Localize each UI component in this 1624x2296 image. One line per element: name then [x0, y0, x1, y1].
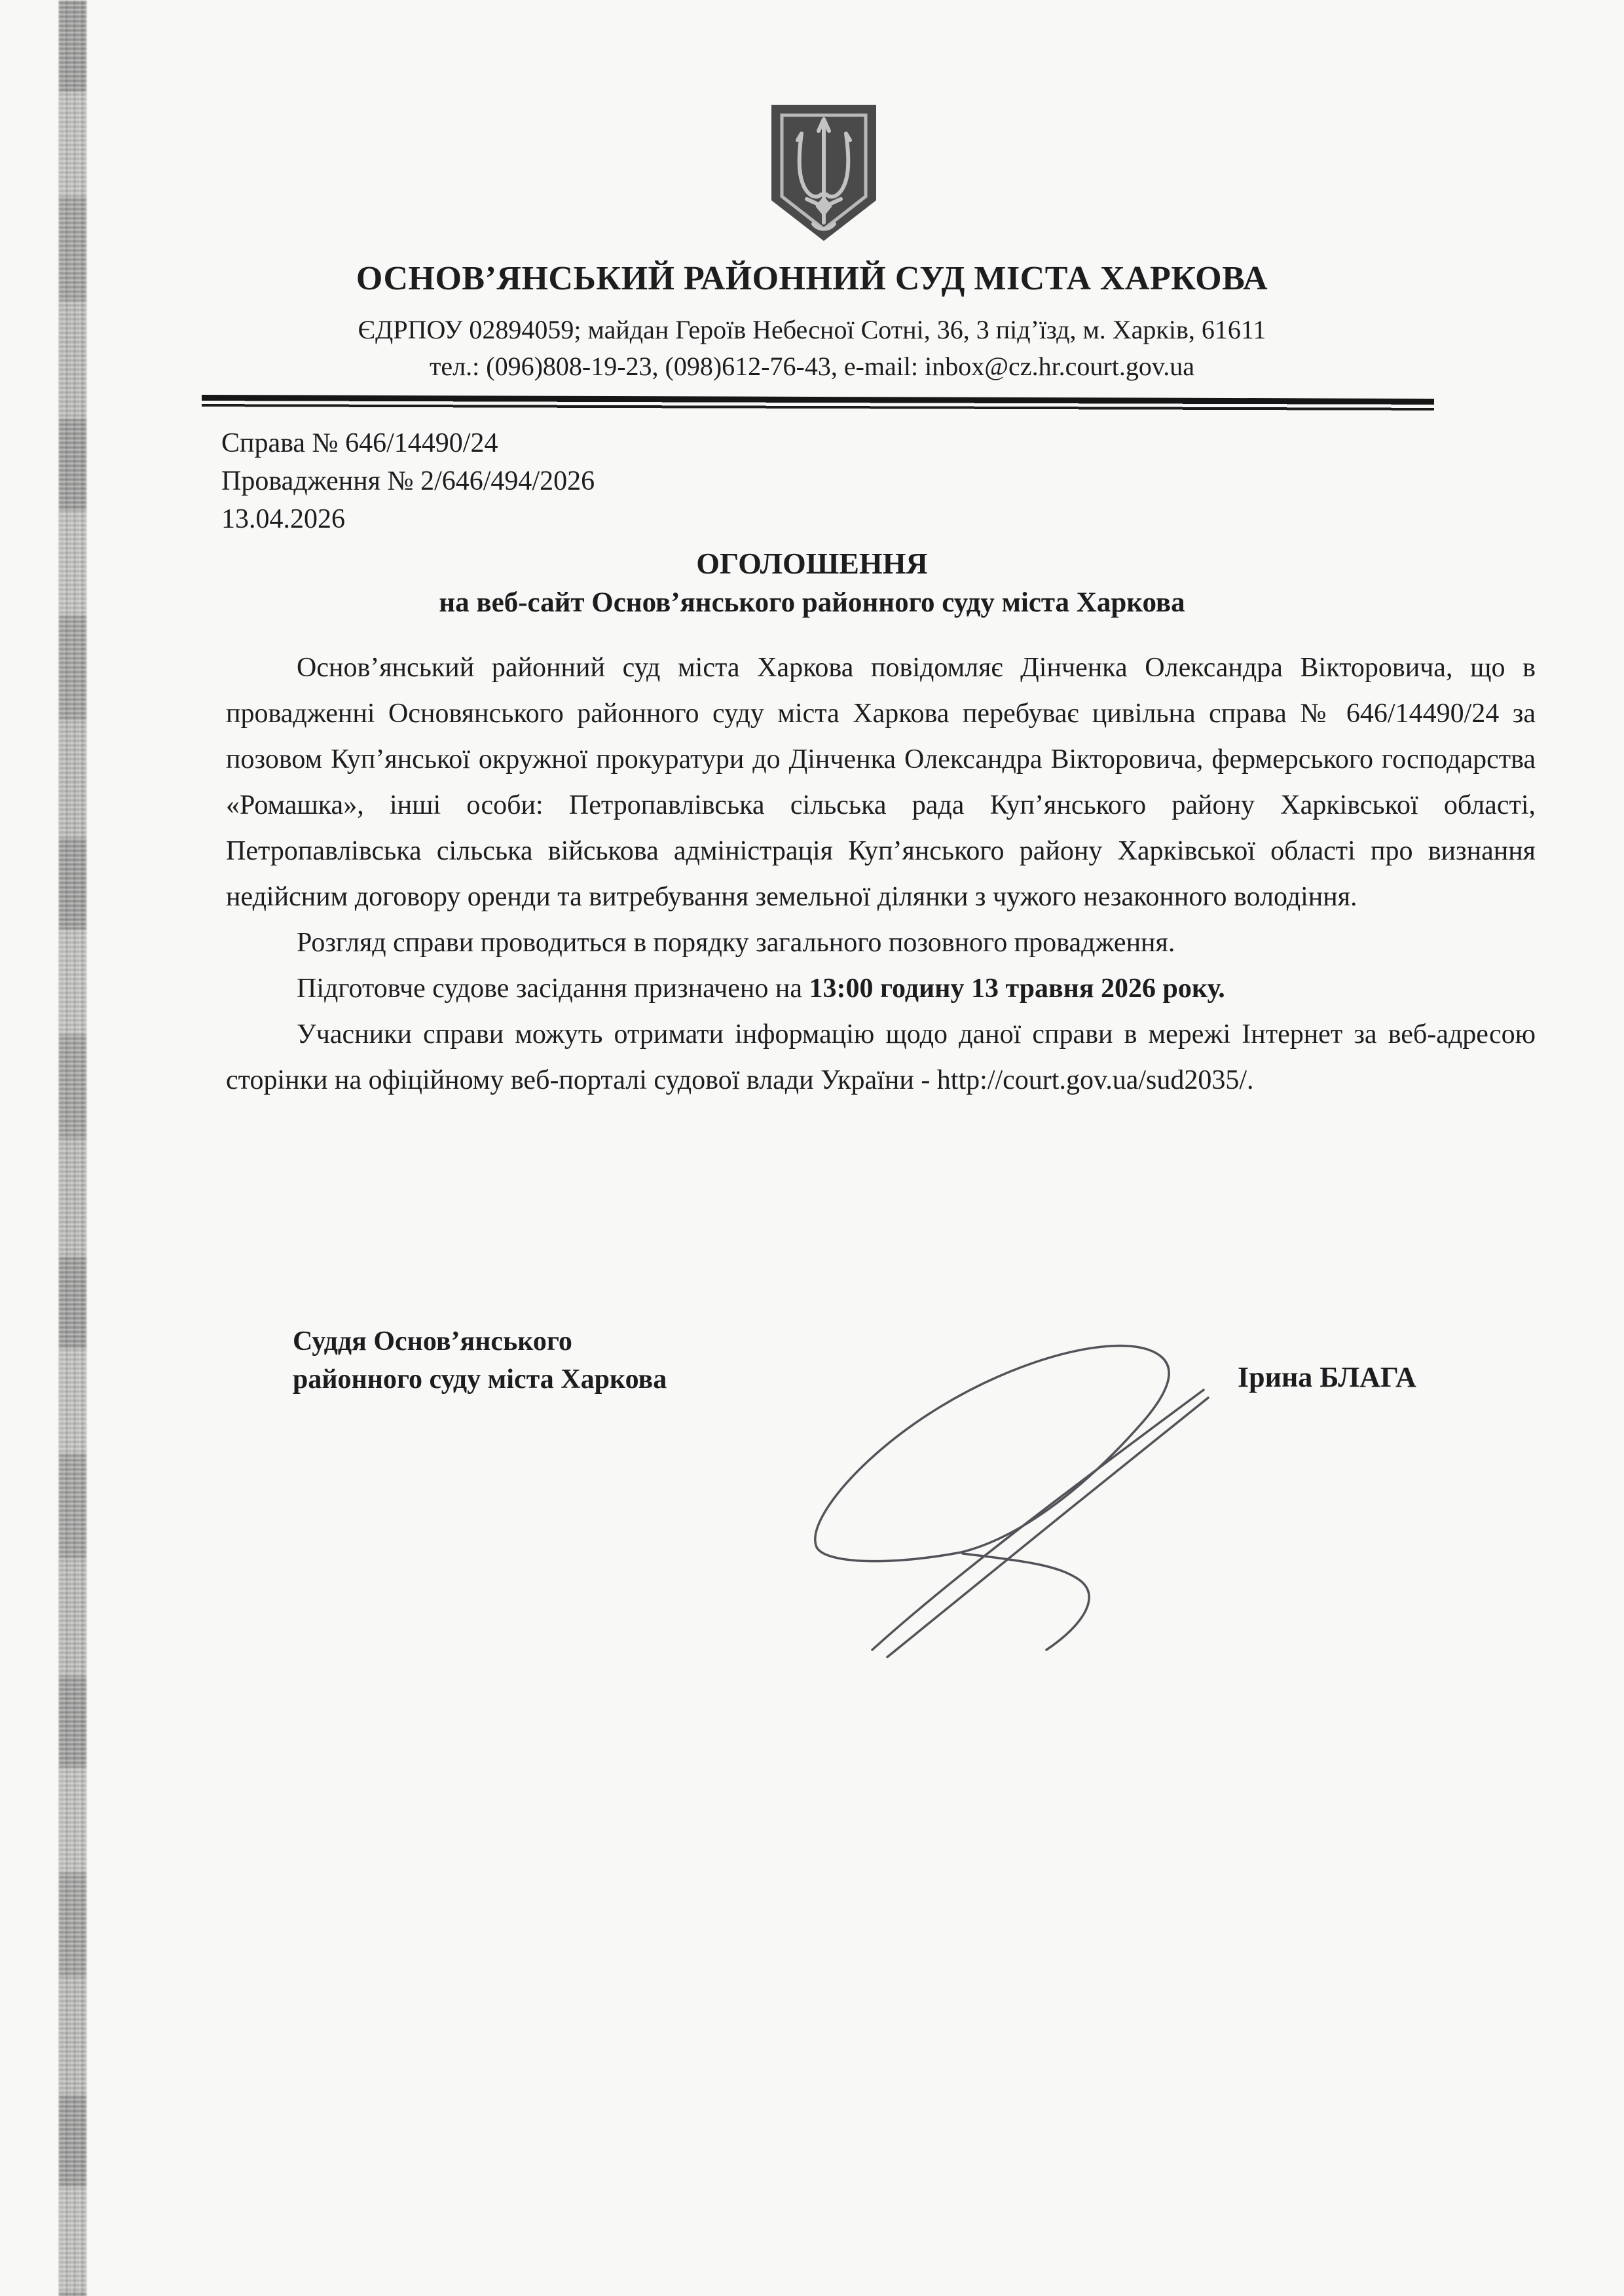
document-date: 13.04.2026 [221, 500, 595, 538]
proceeding-number: Провадження № 2/646/494/2026 [221, 462, 595, 500]
body-paragraph-procedure: Розгляд справи проводиться в порядку заг… [226, 920, 1536, 966]
judge-title-line2: районного суду міста Харкова [293, 1360, 667, 1398]
trident-shield-icon [767, 102, 880, 242]
announcement-subtitle: на веб-сайт Основ’янського районного суд… [196, 587, 1428, 619]
case-info-block: Справа № 646/14490/24 Провадження № 2/64… [221, 424, 595, 538]
scanned-court-document: ОСНОВ’ЯНСЬКИЙ РАЙОННИЙ СУД МІСТА ХАРКОВА… [0, 0, 1624, 2296]
case-number: Справа № 646/14490/24 [221, 424, 595, 462]
judge-title-line1: Суддя Основ’янського [293, 1322, 667, 1360]
body-paragraph-web-info: Учасники справи можуть отримати інформац… [226, 1011, 1536, 1103]
judge-name: Ірина БЛАГА [1238, 1360, 1416, 1394]
body-paragraph-case-description: Основ’янський районний суд міста Харкова… [226, 645, 1536, 920]
hearing-text: Підготовче судове засідання призначено н… [297, 974, 809, 1004]
judge-title-block: Суддя Основ’янського районного суду міст… [293, 1322, 667, 1398]
ukraine-trident-emblem [767, 102, 880, 242]
court-name: ОСНОВ’ЯНСЬКИЙ РАЙОННИЙ СУД МІСТА ХАРКОВА [196, 259, 1428, 298]
court-contact: тел.: (096)808-19-23, (098)612-76-43, e-… [196, 351, 1428, 382]
court-address: ЄДРПОУ 02894059; майдан Героїв Небесної … [196, 314, 1428, 345]
announcement-body: Основ’янський районний суд міста Харкова… [226, 645, 1536, 1103]
body-paragraph-hearing: Підготовче судове засідання призначено н… [226, 966, 1536, 1011]
hearing-datetime: 13:00 годину 13 травня 2026 року. [809, 974, 1225, 1004]
header-divider [202, 395, 1434, 412]
announcement-title: ОГОЛОШЕННЯ [196, 546, 1428, 581]
handwritten-signature [753, 1293, 1211, 1660]
scan-artifact-streak [59, 0, 86, 2296]
